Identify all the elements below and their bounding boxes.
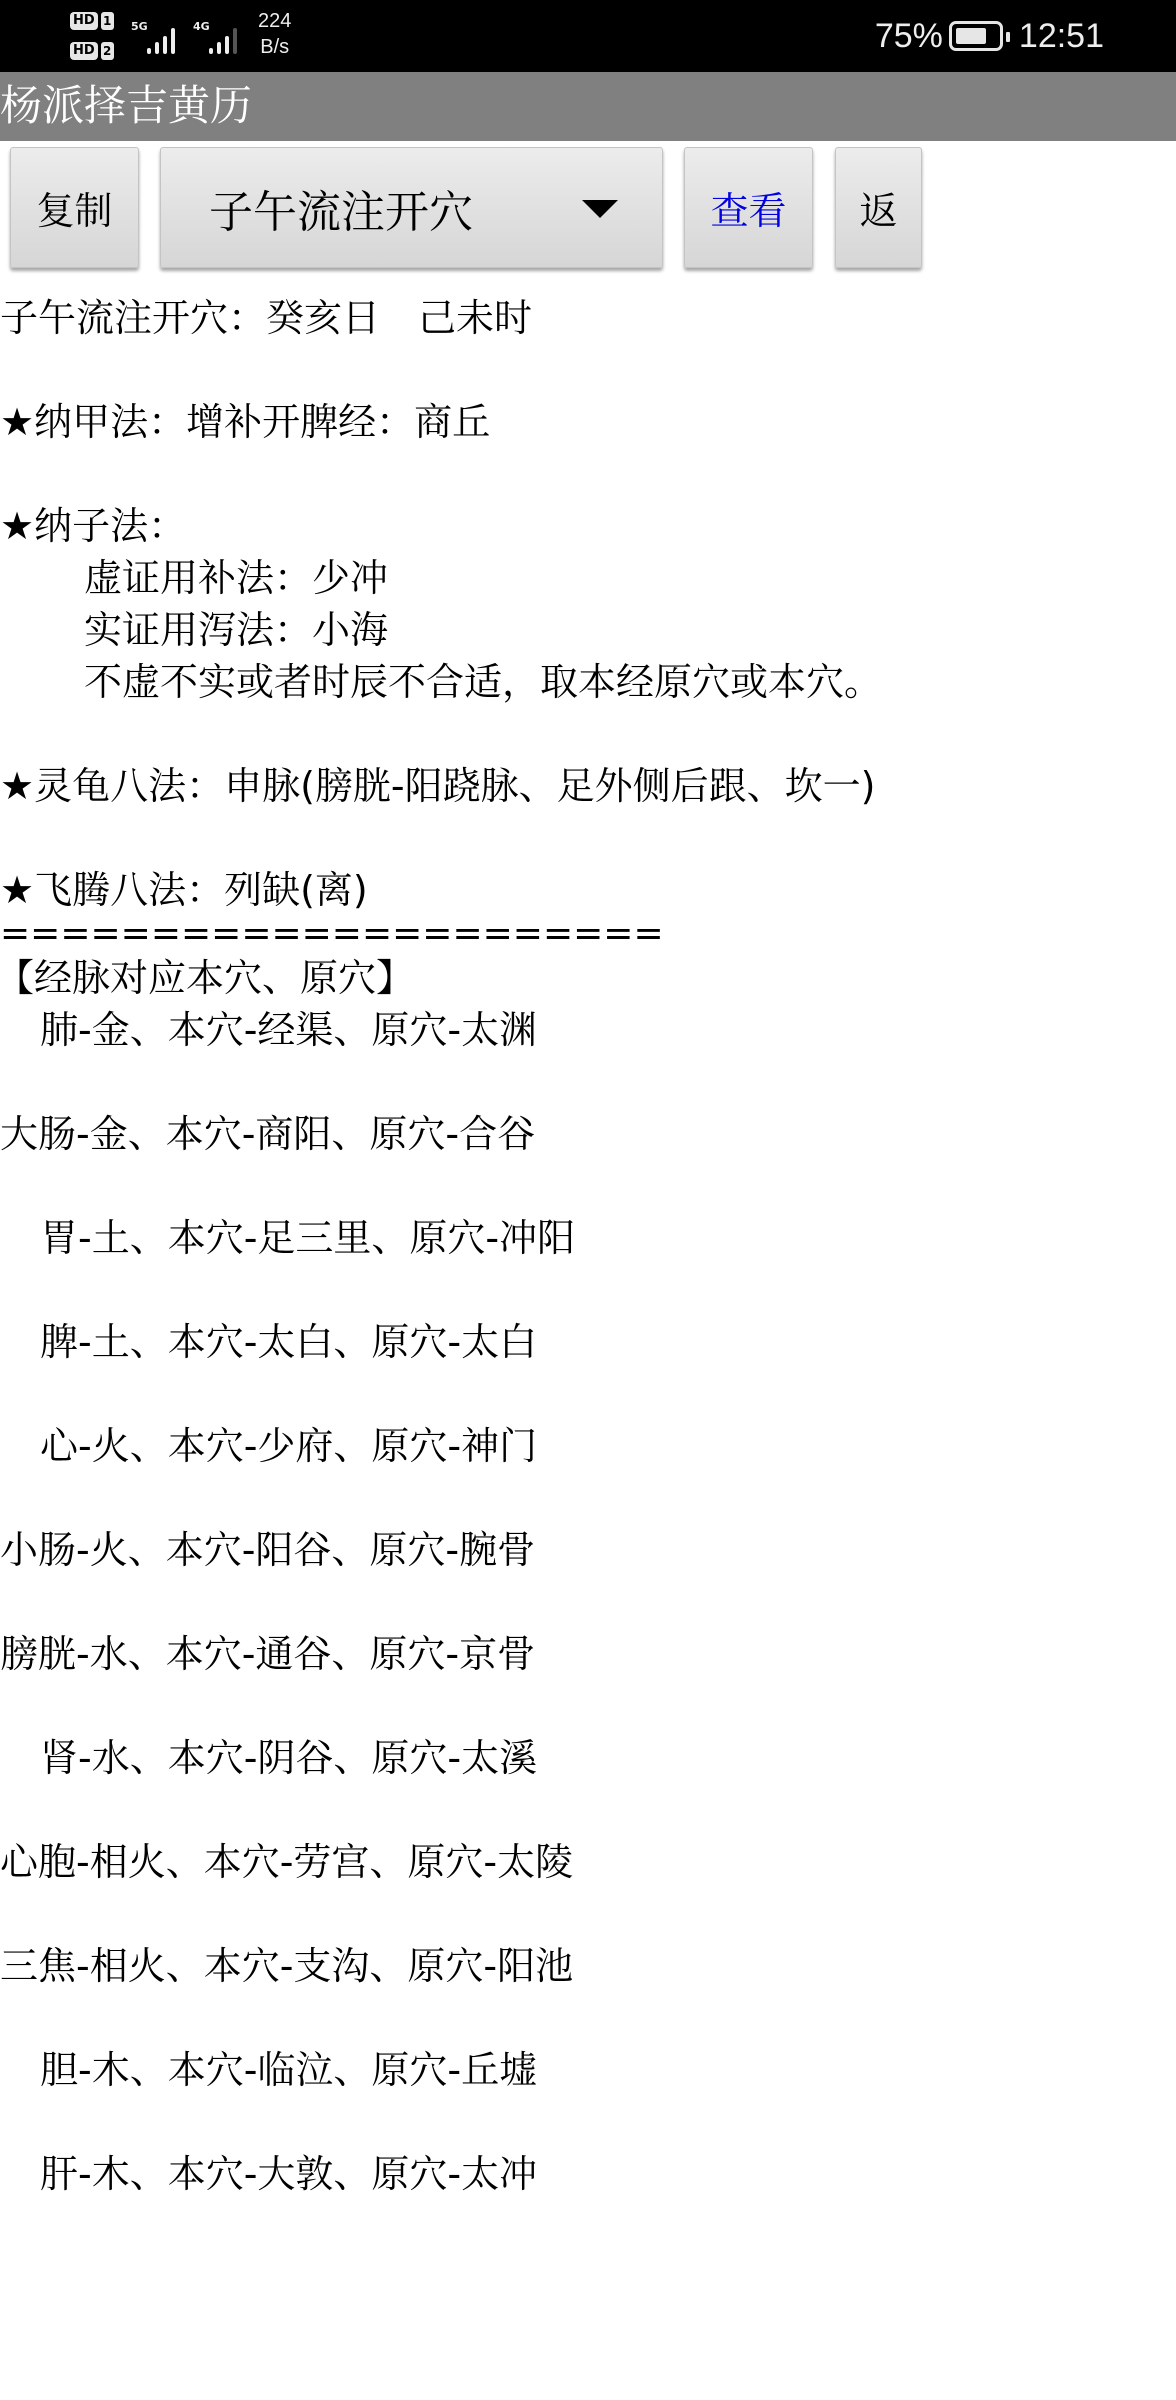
mode-spinner[interactable]: 子午流注开穴 [160, 147, 663, 268]
dropdown-caret-icon [582, 200, 618, 218]
network-speed-unit: B/s [258, 34, 291, 60]
network-speed: 224 B/s [258, 8, 291, 60]
sim1-number: 1 [101, 12, 114, 30]
nazi-title: ★纳子法： [0, 500, 1176, 552]
nazi-item: 不虚不实或者时辰不合适，取本经原穴或本穴。 [0, 656, 1176, 708]
signal-4g-icon: 4G [193, 18, 245, 54]
meridian-row: 胃-土、本穴-足三里、原穴-冲阳 [0, 1212, 1176, 1264]
status-right: 75% 12:51 [875, 14, 1104, 58]
meridian-row: 膀胱-水、本穴-通谷、原穴-京骨 [0, 1628, 1176, 1680]
meridian-row: 大肠-金、本穴-商阳、原穴-合谷 [0, 1108, 1176, 1160]
battery-percent: 75% [875, 17, 943, 56]
result-text: 子午流注开穴：癸亥日 己未时 ★纳甲法：增补开脾经：商丘 ★纳子法： 虚证用补法… [0, 292, 1176, 2200]
status-bar: HD 1 HD 2 5G 4G 224 B/s 75% 12:51 [0, 0, 1176, 72]
meridian-row: 脾-土、本穴-太白、原穴-太白 [0, 1316, 1176, 1368]
network-type-label: 4G [193, 20, 210, 33]
meridian-row: 肺-金、本穴-经渠、原穴-太渊 [0, 1004, 1176, 1056]
sim-indicators: HD 1 HD 2 [70, 8, 126, 66]
meridian-row: 肝-木、本穴-大敦、原穴-太冲 [0, 2148, 1176, 2200]
app-title: 杨派择吉黄历 [0, 80, 252, 132]
sim2-number: 2 [101, 42, 114, 60]
linggui-line: ★灵龟八法：申脉(膀胱-阳跷脉、足外侧后跟、坎一) [0, 760, 1176, 812]
back-button[interactable]: 返 [835, 147, 922, 268]
spinner-selected-value: 子午流注开穴 [209, 176, 473, 240]
toolbar: 复制 子午流注开穴 查看 返 [0, 141, 1176, 276]
meridian-row: 小肠-火、本穴-阳谷、原穴-腕骨 [0, 1524, 1176, 1576]
copy-button[interactable]: 复制 [10, 147, 139, 268]
network-speed-value: 224 [258, 8, 291, 34]
battery-icon [949, 21, 1003, 51]
clock: 12:51 [1019, 17, 1104, 56]
najia-line: ★纳甲法：增补开脾经：商丘 [0, 396, 1176, 448]
separator: ====================== [0, 916, 1176, 952]
hd-sim1-icon: HD [70, 12, 98, 30]
network-type-label: 5G [131, 20, 148, 33]
signal-5g-icon: 5G [131, 18, 185, 54]
nazi-item: 虚证用补法：少冲 [0, 552, 1176, 604]
feiteng-line: ★飞腾八法：列缺(离) [0, 864, 1176, 916]
header-line: 子午流注开穴：癸亥日 己未时 [0, 292, 1176, 344]
view-button[interactable]: 查看 [684, 147, 813, 268]
meridian-row: 胆-木、本穴-临泣、原穴-丘墟 [0, 2044, 1176, 2096]
meridian-title: 【经脉对应本穴、原穴】 [0, 952, 1176, 1004]
meridian-row: 心-火、本穴-少府、原穴-神门 [0, 1420, 1176, 1472]
hd-sim2-icon: HD [70, 42, 98, 60]
nazi-item: 实证用泻法：小海 [0, 604, 1176, 656]
meridian-row: 肾-水、本穴-阴谷、原穴-太溪 [0, 1732, 1176, 1784]
title-bar: 杨派择吉黄历 [0, 72, 1176, 141]
meridian-row: 三焦-相火、本穴-支沟、原穴-阳池 [0, 1940, 1176, 1992]
meridian-row: 心胞-相火、本穴-劳宫、原穴-太陵 [0, 1836, 1176, 1888]
